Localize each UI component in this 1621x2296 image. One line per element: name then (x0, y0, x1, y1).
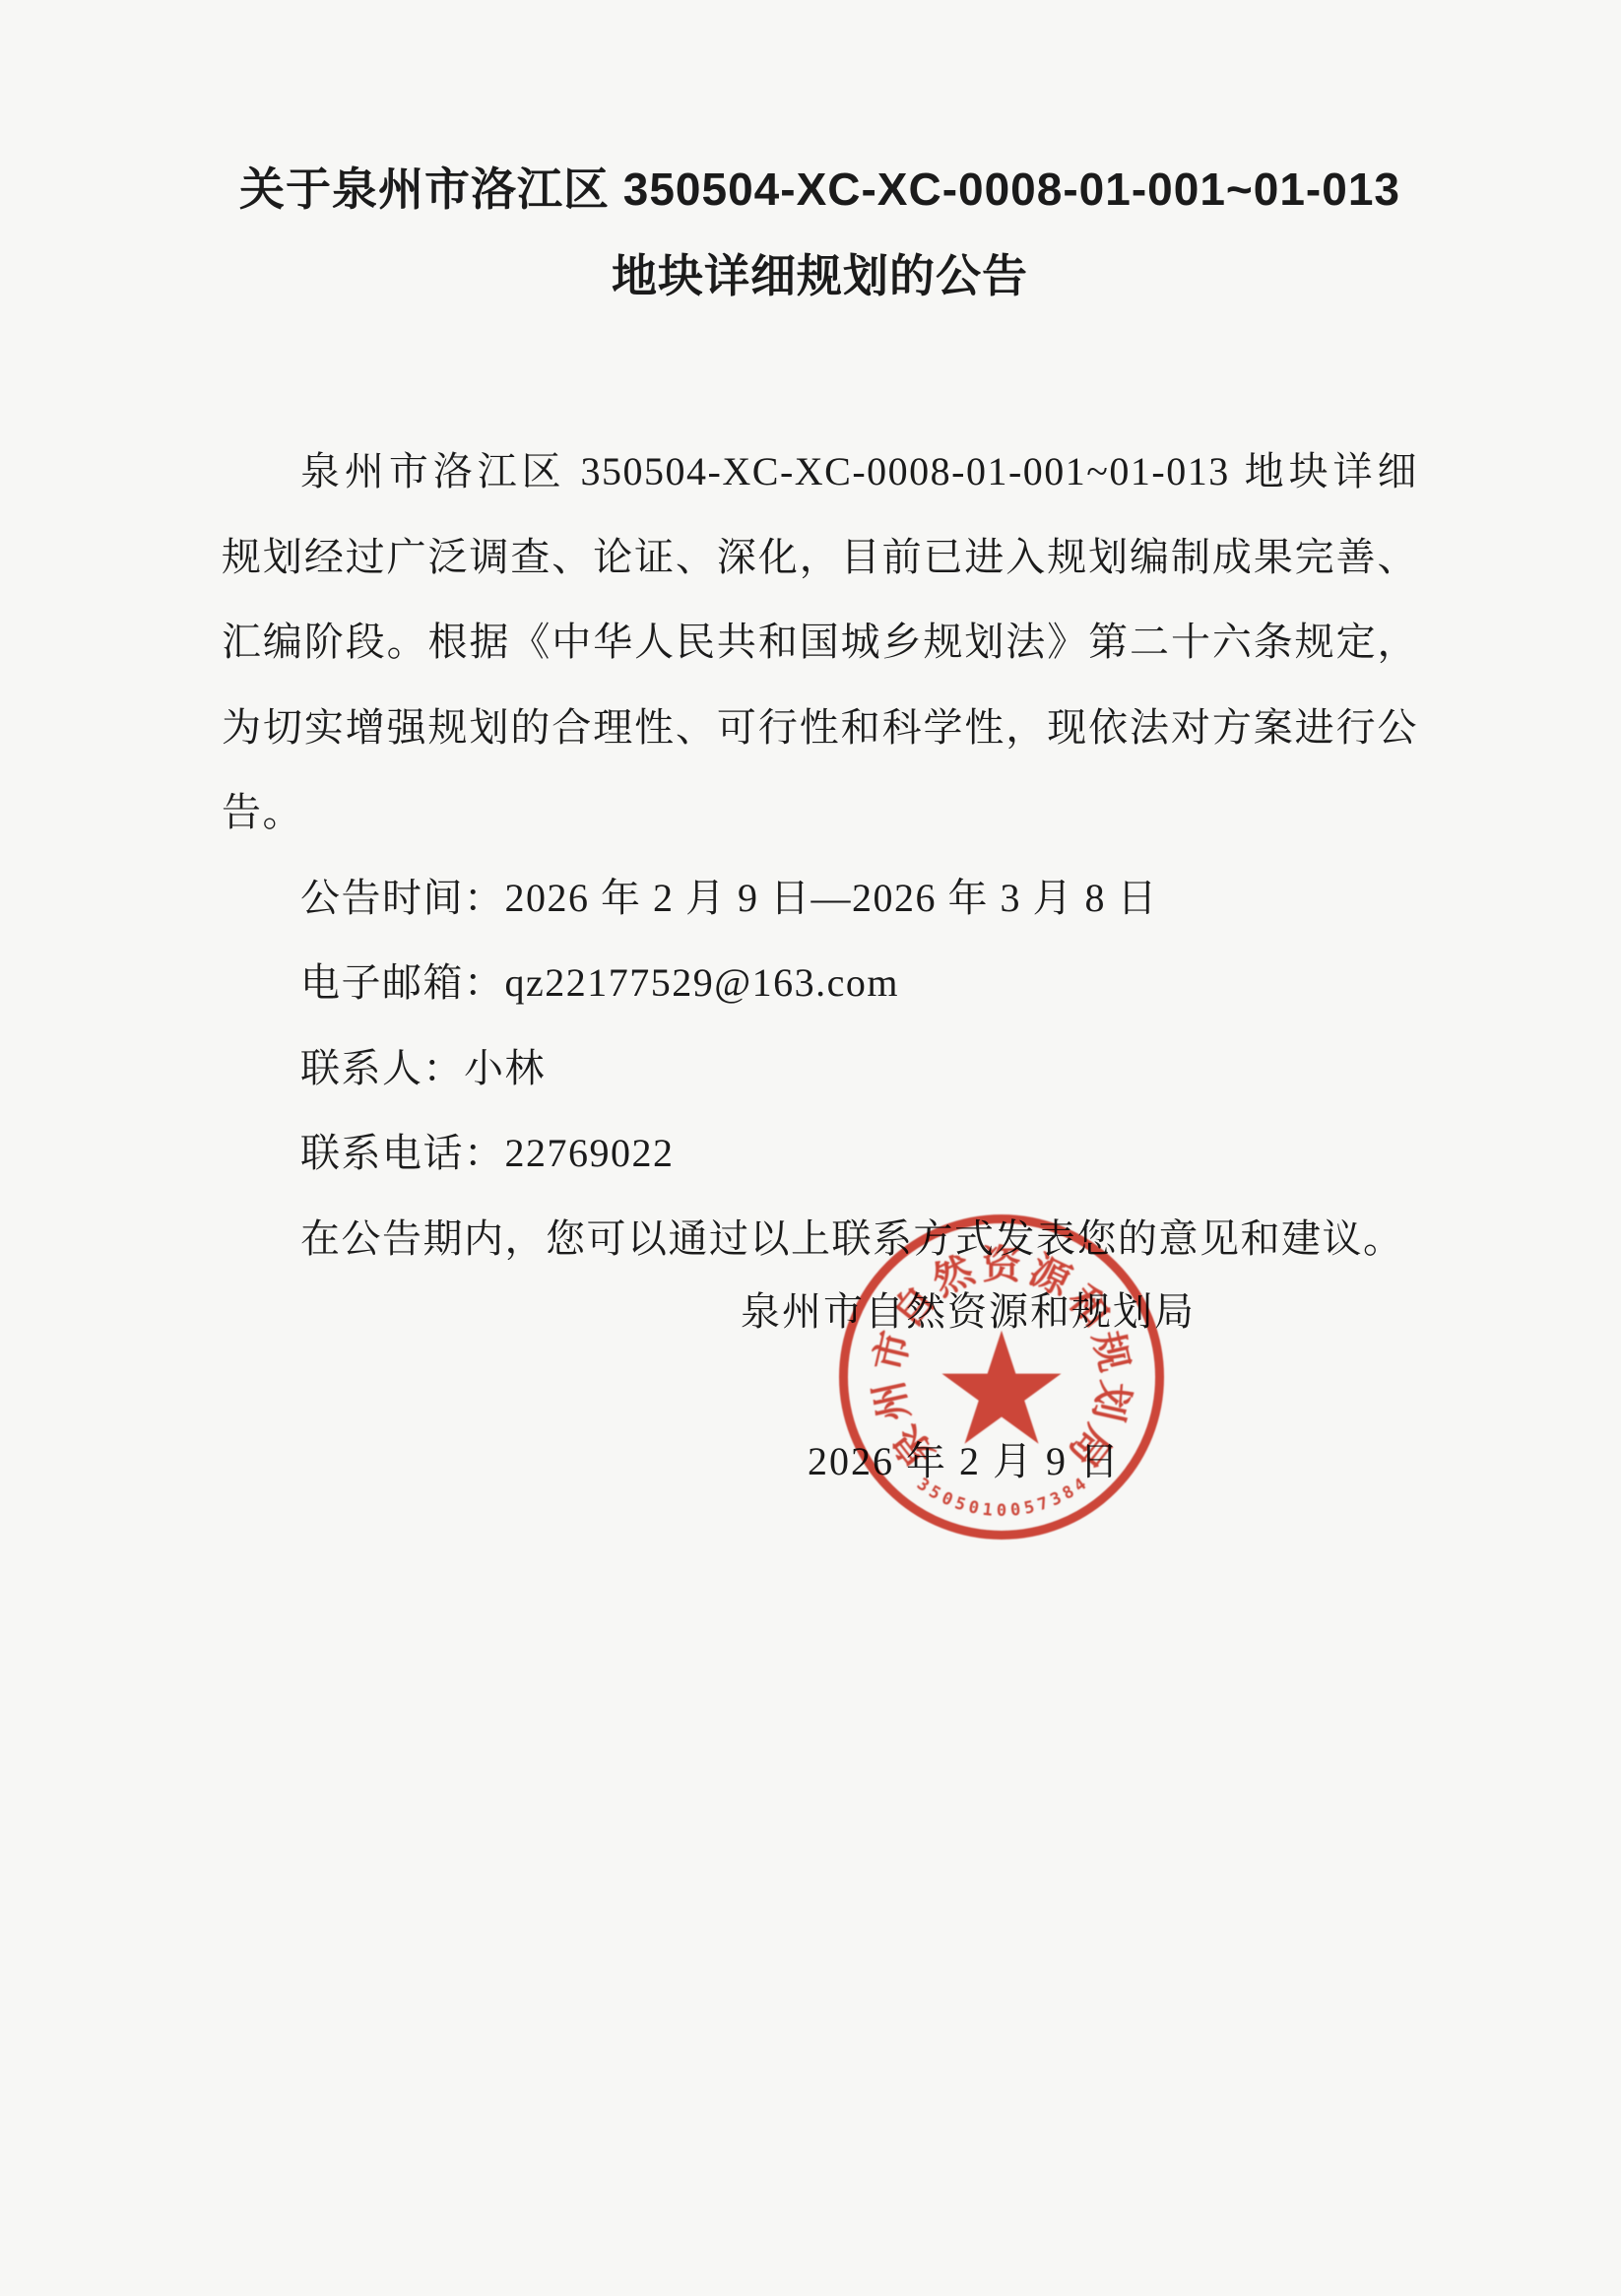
document-content: 关于泉州市洛江区 350504-XC-XC-0008-01-001~01-013… (222, 0, 1418, 1281)
signature-date: 2026 年 2 月 9 日 (0, 1430, 1621, 1486)
signature-agency: 泉州市自然资源和规划局 (0, 1280, 1621, 1337)
seal-number-digit: 0 (967, 1497, 981, 1519)
intro-paragraph: 泉州市洛江区 350504-XC-XC-0008-01-001~01-013 地… (222, 429, 1418, 856)
title-line-1: 关于泉州市洛江区 350504-XC-XC-0008-01-001~01-013 (222, 146, 1418, 232)
seal-arc-char: 划 (1082, 1376, 1145, 1426)
seal-arc-char: 州 (858, 1376, 921, 1426)
seal-number-digit: 7 (1035, 1493, 1051, 1515)
seal-number-digit: 0 (939, 1488, 955, 1510)
email-line: 电子邮箱：qz22177529@163.com (222, 941, 1418, 1026)
title-line-2: 地块详细规划的公告 (222, 232, 1418, 319)
seal-number-digit: 3 (1048, 1488, 1065, 1510)
document-page: 关于泉州市洛江区 350504-XC-XC-0008-01-001~01-013… (0, 0, 1621, 2296)
document-body: 泉州市洛江区 350504-XC-XC-0008-01-001~01-013 地… (222, 429, 1418, 1281)
seal-number-digit: 5 (1022, 1497, 1036, 1519)
seal-number-digit: 1 (982, 1500, 994, 1521)
contact-phone-line: 联系电话：22769022 (222, 1111, 1418, 1197)
seal-number-digit: 0 (1009, 1500, 1021, 1521)
seal-number-digit: 5 (952, 1493, 968, 1515)
closing-line: 在公告期内，您可以通过以上联系方式发表您的意见和建议。 (222, 1197, 1418, 1282)
document-title: 关于泉州市洛江区 350504-XC-XC-0008-01-001~01-013… (222, 146, 1418, 319)
seal-number-digit: 0 (997, 1501, 1006, 1521)
contact-person-line: 联系人：小林 (222, 1026, 1418, 1112)
announcement-period-line: 公告时间：2026 年 2 月 9 日—2026 年 3 月 8 日 (222, 856, 1418, 942)
